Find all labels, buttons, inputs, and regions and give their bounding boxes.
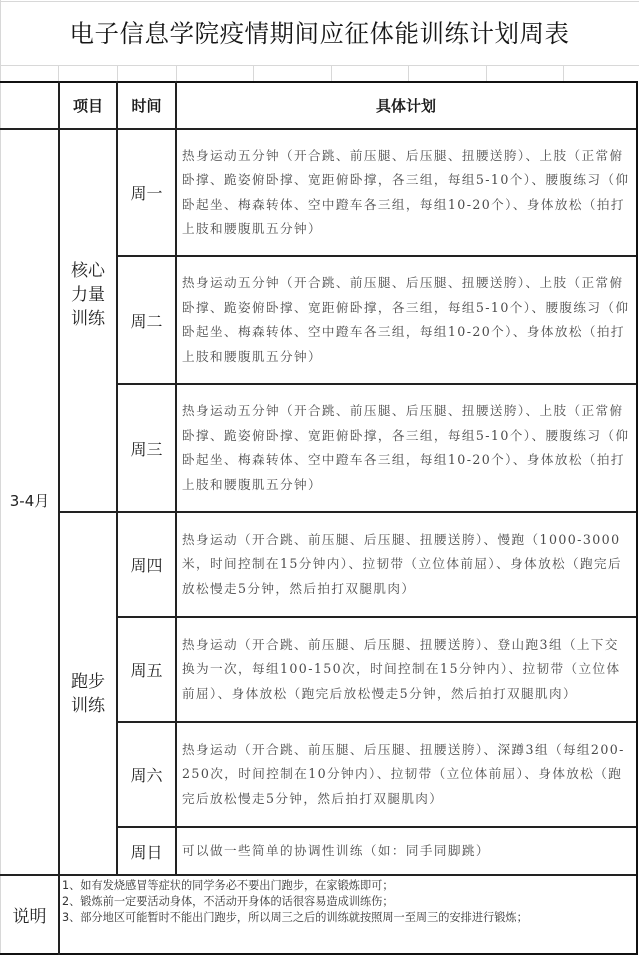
day-sun: 周日	[117, 827, 176, 875]
notes-content: 1、如有发烧感冒等症状的同学务必不要出门跑步，在家锻炼即可； 2、锻炼前一定要活…	[59, 876, 636, 953]
col-divider	[116, 81, 118, 875]
plan-mon-text: 热身运动五分钟（开合跳、前压腿、后压腿、扭腰送胯）、上肢（正常俯卧撑、跪姿俯卧撑…	[182, 144, 632, 242]
gridline	[58, 65, 59, 82]
row-divider	[0, 874, 637, 876]
category-core-label: 核心力量训练	[69, 259, 106, 331]
plan-wed: 热身运动五分钟（开合跳、前压腿、后压腿、扭腰送胯）、上肢（正常俯卧撑、跪姿俯卧撑…	[176, 384, 636, 512]
day-fri: 周五	[117, 617, 176, 722]
col-divider	[175, 81, 177, 875]
plan-thu: 热身运动（开合跳、前压腿、后压腿、扭腰送胯）、慢跑（1000-3000米，时间控…	[176, 512, 636, 617]
row-divider	[59, 511, 637, 513]
gridline	[408, 65, 409, 82]
plan-thu-text: 热身运动（开合跳、前压腿、后压腿、扭腰送胯）、慢跑（1000-3000米，时间控…	[182, 528, 632, 602]
gridline	[331, 65, 332, 82]
row-divider	[117, 721, 637, 723]
day-sat: 周六	[117, 722, 176, 827]
header-bottom-border	[0, 128, 637, 130]
table-border-right	[636, 81, 638, 955]
gridline	[0, 0, 1, 955]
plan-fri: 热身运动（开合跳、前压腿、后压腿、扭腰送胯）、登山跑3组（上下交换为一次，每组1…	[176, 617, 636, 722]
note-item: 1、如有发烧感冒等症状的同学务必不要出门跑步，在家锻炼即可；	[62, 878, 632, 894]
plan-mon: 热身运动五分钟（开合跳、前压腿、后压腿、扭腰送胯）、上肢（正常俯卧撑、跪姿俯卧撑…	[176, 129, 636, 256]
gridline	[176, 65, 177, 82]
day-tue: 周二	[117, 256, 176, 384]
gridline	[117, 65, 118, 82]
header-plan: 具体计划	[176, 82, 636, 129]
plan-wed-text: 热身运动五分钟（开合跳、前压腿、后压腿、扭腰送胯）、上肢（正常俯卧撑、跪姿俯卧撑…	[182, 399, 632, 497]
gridline	[253, 65, 254, 82]
plan-sun-text: 可以做一些简单的协调性训练（如：同手同脚跳）	[182, 839, 490, 864]
gridline	[563, 65, 564, 82]
month-label: 3-4月	[0, 489, 59, 511]
plan-sat-text: 热身运动（开合跳、前压腿、后压腿、扭腰送胯）、深蹲3组（每组200-250次，时…	[182, 738, 632, 812]
page-title: 电子信息学院疫情期间应征体能训练计划周表	[0, 0, 639, 64]
day-wed: 周三	[117, 384, 176, 512]
row-divider	[117, 383, 637, 385]
plan-sat: 热身运动（开合跳、前压腿、后压腿、扭腰送胯）、深蹲3组（每组200-250次，时…	[176, 722, 636, 827]
note-item: 3、部分地区可能暂时不能出门跑步，所以周三之后的训练就按照周一至周三的安排进行锻…	[62, 910, 632, 926]
table-border-top	[0, 81, 637, 83]
category-running: 跑步训练	[59, 512, 117, 875]
notes-label: 说明	[0, 875, 59, 953]
plan-tue-text: 热身运动五分钟（开合跳、前压腿、后压腿、扭腰送胯）、上肢（正常俯卧撑、跪姿俯卧撑…	[182, 271, 632, 369]
plan-tue: 热身运动五分钟（开合跳、前压腿、后压腿、扭腰送胯）、上肢（正常俯卧撑、跪姿俯卧撑…	[176, 256, 636, 384]
note-item: 2、锻炼前一定要活动身体，不活动开身体的话很容易造成训练伤；	[62, 894, 632, 910]
row-divider	[117, 826, 637, 828]
plan-fri-text: 热身运动（开合跳、前压腿、后压腿、扭腰送胯）、登山跑3组（上下交换为一次，每组1…	[182, 633, 632, 707]
header-item: 项目	[59, 82, 117, 129]
category-core: 核心力量训练	[59, 129, 117, 512]
gridline	[0, 65, 639, 66]
day-mon: 周一	[117, 129, 176, 256]
col-divider	[58, 81, 60, 955]
row-divider	[117, 255, 637, 257]
day-thu: 周四	[117, 512, 176, 617]
gridline	[486, 65, 487, 82]
plan-sun: 可以做一些简单的协调性训练（如：同手同脚跳）	[176, 827, 636, 875]
header-time: 时间	[117, 82, 176, 129]
row-divider	[117, 616, 637, 618]
category-running-label: 跑步训练	[69, 670, 106, 718]
